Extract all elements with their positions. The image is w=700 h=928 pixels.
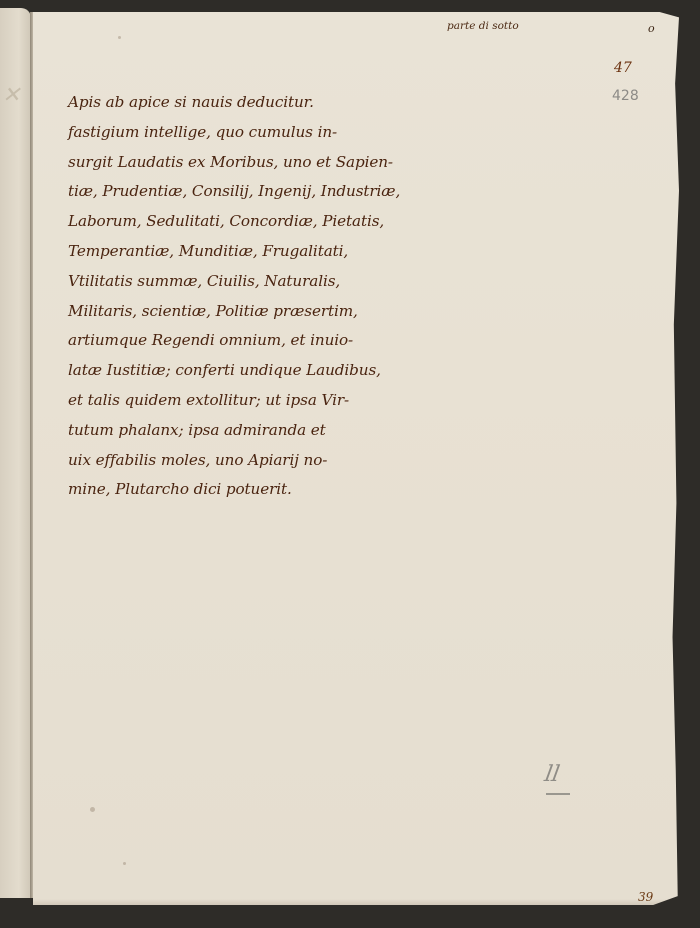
bottom-right-number: 39	[638, 890, 653, 904]
text-line: Temperantiæ, Munditiæ, Frugalitati,	[68, 237, 428, 267]
text-line: Apis ab apice si nauis deducitur.	[68, 88, 428, 118]
facing-page-edge: ✕	[0, 8, 31, 898]
text-line: surgit Laudatis ex Moribus, uno et Sapie…	[68, 148, 428, 178]
binding-gutter	[30, 12, 33, 898]
folio-number-pencil: 428	[612, 88, 639, 104]
text-line: fastigium intellige, quo cumulus in-	[68, 118, 428, 148]
top-right-mark: o	[648, 22, 655, 35]
paper-spot	[123, 862, 126, 865]
text-line: tutum phalanx; ipsa admiranda et	[68, 416, 428, 446]
folio-number-ink: 47	[614, 60, 632, 76]
text-line: artiumque Regendi omnium, et inuio-	[68, 326, 428, 356]
text-line: mine, Plutarcho dici potuerit.	[68, 475, 428, 505]
text-line: uix effabilis moles, uno Apiarij no-	[68, 446, 428, 476]
bleed-through-mark: ✕	[2, 83, 16, 123]
text-line: tiæ, Prudentiæ, Consilij, Ingenij, Indus…	[68, 177, 428, 207]
text-line: Vtilitatis summæ, Ciuilis, Naturalis,	[68, 267, 428, 297]
manuscript-text: Apis ab apice si nauis deducitur. fastig…	[68, 88, 428, 505]
paper-spot	[90, 807, 95, 812]
text-line: et talis quidem extollitur; ut ipsa Vir-	[68, 386, 428, 416]
text-line: Laborum, Sedulitati, Concordiæ, Pietatis…	[68, 207, 428, 237]
pencil-underline	[546, 793, 570, 795]
text-line: latæ Iustitiæ; conferti undique Laudibus…	[68, 356, 428, 386]
top-annotation: parte di sotto	[447, 20, 519, 32]
paper-spot	[118, 36, 121, 39]
text-line: Militaris, scientiæ, Politiæ præsertim,	[68, 297, 428, 327]
